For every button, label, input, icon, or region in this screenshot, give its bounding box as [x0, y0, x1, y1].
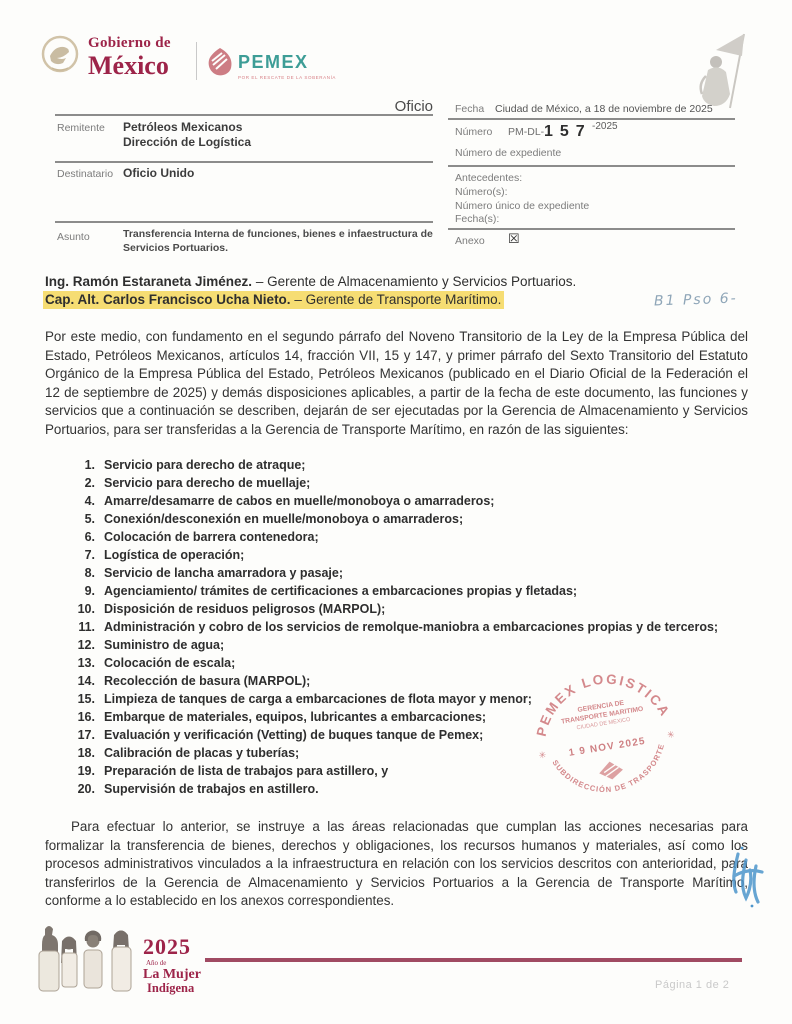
anexo-checkbox-checked: ☒ — [508, 231, 520, 247]
service-list-item: 10. Disposición de residuos peligrosos (… — [73, 600, 755, 618]
pemex-tagline: POR EL RESCATE DE LA SOBERANÍA — [238, 75, 336, 80]
service-list-item: 5. Conexión/desconexión en muelle/monobo… — [73, 510, 755, 528]
service-item-text: Colocación de escala; — [104, 654, 235, 672]
svg-text:PEMEX LOGISTICA: PEMEX LOGISTICA — [526, 662, 674, 740]
gobierno-de-mexico-logo: Gobierno de México — [88, 36, 171, 79]
service-item-text: Recolección de basura (MARPOL); — [104, 672, 310, 690]
numero-stamped-value: 157 — [544, 123, 592, 141]
mexico-eagle-seal-icon — [40, 34, 80, 76]
addressee-2-name: Cap. Alt. Carlos Francisco Ucha Nieto. — [45, 292, 291, 307]
service-list-item: 9. Agenciamiento/ trámites de certificac… — [73, 582, 755, 600]
form-line-right-3 — [448, 228, 735, 230]
highlight-marker: Cap. Alt. Carlos Francisco Ucha Nieto. –… — [43, 291, 504, 309]
service-item-number: 4. — [73, 492, 95, 510]
service-item-number: 19. — [73, 762, 95, 780]
service-item-number: 5. — [73, 510, 95, 528]
service-list-item: 11. Administración y cobro de los servic… — [73, 618, 755, 636]
service-item-text: Suministro de agua; — [104, 636, 224, 654]
stamp-pemex-mini-logo-icon — [598, 760, 625, 782]
form-line-right-2 — [448, 165, 735, 167]
service-item-text: Conexión/desconexión en muelle/monoboya … — [104, 510, 463, 528]
service-item-number: 18. — [73, 744, 95, 762]
pemex-logo: PEMEX POR EL RESCATE DE LA SOBERANÍA — [238, 52, 336, 80]
addressee-line-2: Cap. Alt. Carlos Francisco Ucha Nieto. –… — [43, 290, 504, 309]
numeros-label: Número(s): — [455, 186, 508, 198]
header-divider — [196, 42, 197, 80]
service-item-number: 2. — [73, 474, 95, 492]
service-item-text: Disposición de residuos peligrosos (MARP… — [104, 600, 385, 618]
handwritten-initials-mark — [726, 842, 768, 912]
fecha-value: Ciudad de México, a 18 de noviembre de 2… — [495, 103, 713, 115]
service-item-text: Evaluación y verificación (Vetting) de b… — [104, 726, 483, 744]
footer-la-mujer: La Mujer — [143, 968, 201, 982]
handwritten-office-note: B1 Pso 6- — [654, 291, 738, 310]
service-item-text: Preparación de lista de trabajos para as… — [104, 762, 388, 780]
body-paragraph: Por este medio, con fundamento en el seg… — [45, 328, 748, 440]
service-item-number: 6. — [73, 528, 95, 546]
numero-prefix: PM-DL- — [508, 126, 544, 138]
form-line-left-2 — [55, 161, 433, 163]
footer-ano-de: Año de — [146, 960, 201, 967]
asunto-value: Transferencia Interna de funciones, bien… — [123, 227, 459, 255]
fecha-label: Fecha — [455, 103, 484, 115]
service-list-item: 6. Colocación de barrera contenedora; — [73, 528, 755, 546]
service-item-text: Supervisión de trabajos en astillero. — [104, 780, 319, 798]
numero-suffix: -2025 — [592, 121, 618, 132]
asunto-label: Asunto — [57, 231, 90, 243]
service-item-text: Logística de operación; — [104, 546, 244, 564]
service-item-text: Servicio para derecho de muellaje; — [104, 474, 310, 492]
numero-unico-label: Número único de expediente — [455, 200, 589, 212]
service-item-text: Embarque de materiales, equipos, lubrica… — [104, 708, 486, 726]
destinatario-value: Oficio Unido — [123, 166, 194, 180]
service-item-number: 20. — [73, 780, 95, 798]
service-list-item: 1. Servicio para derecho de atraque; — [73, 456, 755, 474]
fechas-label: Fecha(s): — [455, 213, 499, 225]
service-item-number: 12. — [73, 636, 95, 654]
service-item-number: 17. — [73, 726, 95, 744]
mujeres-indigenas-illustration — [35, 925, 141, 995]
addressee-2-title: – Gerente de Transporte Marítimo. — [294, 292, 501, 307]
flag-bearer-emblem — [672, 28, 772, 113]
stamp-date: 1 9 NOV 2025 — [568, 736, 647, 759]
addressee-1-title: – Gerente de Almacenamiento y Servicios … — [256, 274, 576, 289]
destinatario-label: Destinatario — [57, 168, 113, 180]
page-number: Página 1 de 2 — [655, 979, 729, 991]
anexo-label: Anexo — [455, 235, 485, 247]
oficio-title: Oficio — [55, 98, 433, 115]
service-item-number: 16. — [73, 708, 95, 726]
pemex-eagle-drop-icon — [205, 47, 235, 77]
service-list-item: 4. Amarre/desamarre de cabos en muelle/m… — [73, 492, 755, 510]
service-item-number: 7. — [73, 546, 95, 564]
footer-divider-line — [205, 958, 742, 962]
form-line-left-1 — [55, 114, 433, 116]
service-list-item: 8. Servicio de lancha amarradora y pasaj… — [73, 564, 755, 582]
service-list-item: 2. Servicio para derecho de muellaje; — [73, 474, 755, 492]
form-line-left-3 — [55, 221, 433, 223]
service-item-text: Servicio de lancha amarradora y pasaje; — [104, 564, 343, 582]
scanned-oficio-document: Gobierno de México PEMEX POR EL RESCATE … — [0, 0, 792, 1024]
numero-label: Número — [455, 126, 492, 138]
addressee-line-1: Ing. Ramón Estaraneta Jiménez. – Gerente… — [45, 272, 576, 291]
service-item-text: Agenciamiento/ trámites de certificacion… — [104, 582, 577, 600]
service-item-number: 15. — [73, 690, 95, 708]
service-item-number: 8. — [73, 564, 95, 582]
service-item-number: 14. — [73, 672, 95, 690]
antecedentes-label: Antecedentes: — [455, 172, 522, 184]
service-item-number: 13. — [73, 654, 95, 672]
footer-indigena: Indígena — [147, 982, 201, 995]
pemex-wordmark: PEMEX — [238, 52, 336, 73]
remitente-value-line1: Petróleos Mexicanos — [123, 120, 242, 134]
service-item-text: Amarre/desamarre de cabos en muelle/mono… — [104, 492, 494, 510]
form-line-right-1 — [448, 118, 735, 120]
service-item-text: Limpieza de tanques de carga a embarcaci… — [104, 690, 532, 708]
addressee-1-name: Ing. Ramón Estaraneta Jiménez. — [45, 274, 252, 289]
pemex-logistica-rubber-stamp: PEMEX LOGISTICA GERENCIA DE TRANSPORTE M… — [517, 647, 693, 819]
service-item-text: Servicio para derecho de atraque; — [104, 456, 305, 474]
stamp-arc-top-text: PEMEX LOGISTICA — [526, 662, 674, 740]
footer-year: 2025 — [143, 936, 201, 958]
service-item-number: 11. — [73, 618, 95, 636]
closing-paragraph: Para efectuar lo anterior, se instruye a… — [45, 818, 748, 911]
service-item-text: Administración y cobro de los servicios … — [104, 618, 718, 636]
gobierno-logo-line2: México — [88, 53, 171, 79]
service-item-number: 9. — [73, 582, 95, 600]
service-list-item: 7. Logística de operación; — [73, 546, 755, 564]
service-item-text: Colocación de barrera contenedora; — [104, 528, 319, 546]
numero-expediente-label: Número de expediente — [455, 147, 561, 159]
stamp-star-right: ✳ — [666, 729, 675, 740]
footer-2025-lockup: 2025 Año de La Mujer Indígena — [143, 936, 201, 995]
gobierno-logo-line1: Gobierno de — [88, 36, 171, 51]
remitente-label: Remitente — [57, 122, 105, 134]
stamp-star-left: ✳ — [538, 749, 547, 760]
service-item-text: Calibración de placas y tuberías; — [104, 744, 299, 762]
remitente-value-line2: Dirección de Logística — [123, 135, 251, 149]
service-item-number: 10. — [73, 600, 95, 618]
service-item-number: 1. — [73, 456, 95, 474]
